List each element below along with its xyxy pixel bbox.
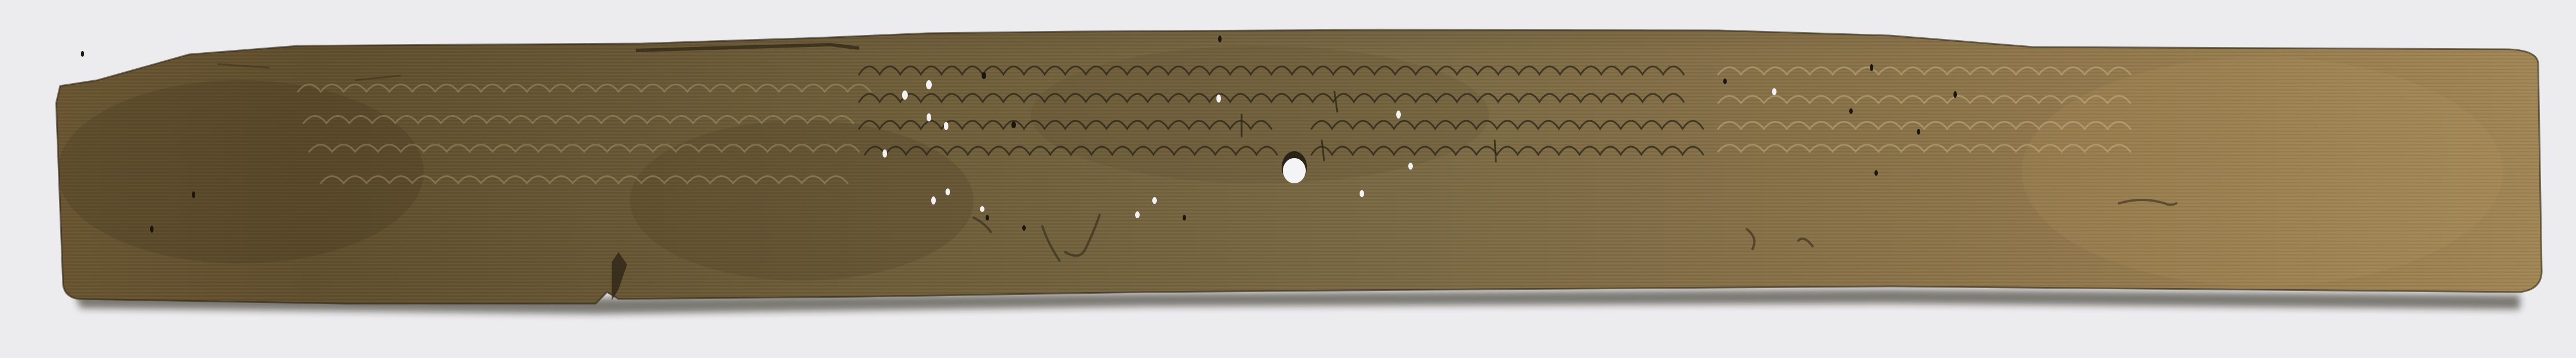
manuscript-photo <box>0 0 2576 358</box>
palm-leaf-manuscript <box>0 0 2576 358</box>
binding-hole-light <box>1283 158 1306 183</box>
